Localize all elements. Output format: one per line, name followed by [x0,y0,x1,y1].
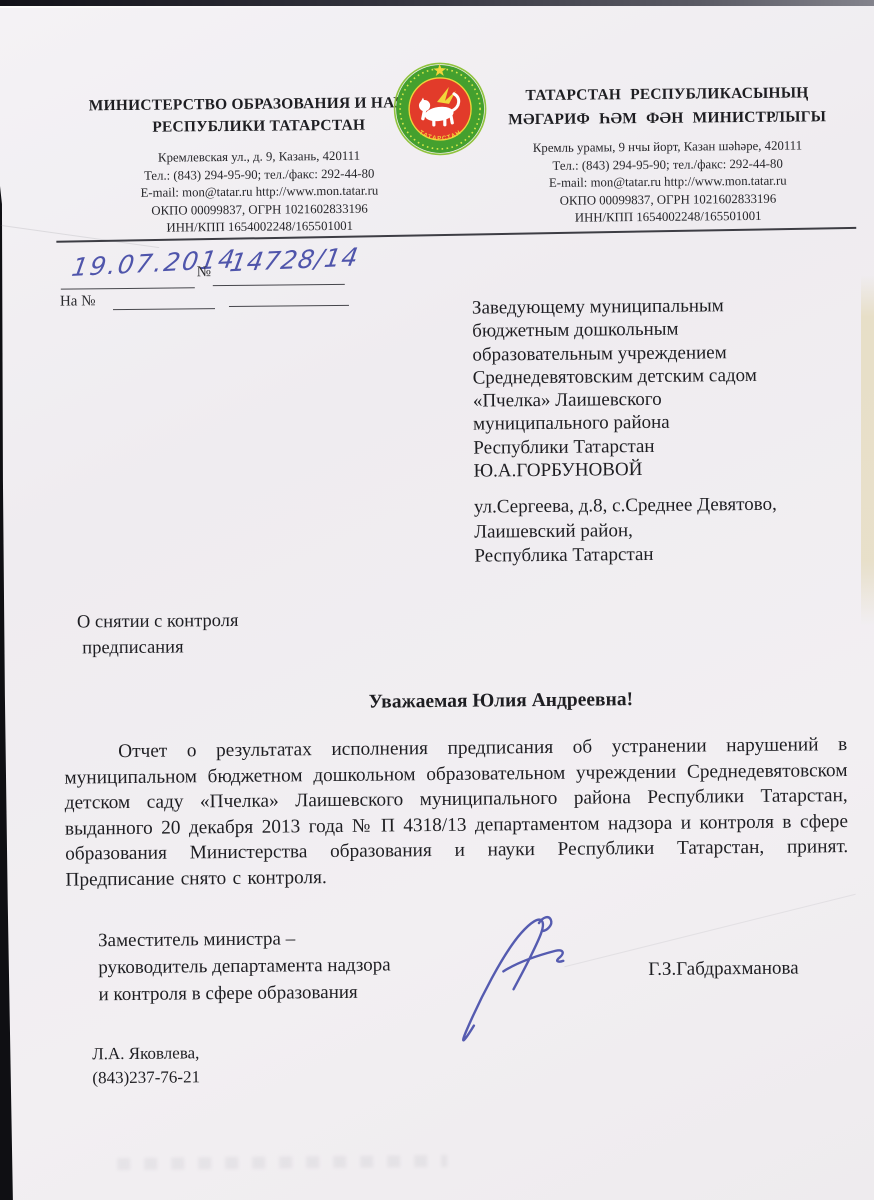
addressee-line: образовательным учреждением [472,340,842,367]
signer-name: Г.З.Габдрахманова [648,958,798,981]
tatarstan-emblem: ТАТАРСТАН [393,59,488,158]
postal-address-line: Лаишевский район, [474,516,859,544]
addressee-line: «Пчелка» Лаишевского [473,386,843,413]
bleed-through-artifact [117,1155,447,1170]
executor-name: Л.А. Яковлева, [92,1041,200,1066]
ministry-details-tt: Кремль урамы, 9 нчы йорт, Казан шәһәре, … [478,137,857,228]
inn-kpp-line: ИНН/КПП 1654002248/165501001 [479,207,857,228]
addressee-line: муниципального района [473,410,843,437]
ministry-details-ru: Кремлевская ул., д. 9, Казань, 420111 Те… [55,147,463,238]
signer-position-line: и контроля в сфере образования [98,978,391,1008]
number-underline [213,284,345,286]
signer-position: Заместитель министра – руководитель депа… [98,924,391,1008]
addressee-name: Ю.А.ГОРБУНОВОЙ [473,456,843,483]
letterhead-tatar: ТАТАРСТАН РЕСПУБЛИКАСЫНЫҢ МӘГАРИФ ҺӘМ ФӘ… [478,81,857,228]
postal-address-line: ул.Сергеева, д.8, с.Среднее Девятово, [474,492,859,520]
handwritten-date: 19.07.2014 [70,244,239,282]
reply-date-underline [113,308,215,310]
addressee-line: Республики Татарстан [473,433,843,460]
subject-block: О снятии с контроля предписания [77,609,239,662]
number-sign-label: № [197,264,211,281]
letter-content: МИНИСТЕРСТВО ОБРАЗОВАНИЯ И НАУКИ РЕСПУБЛ… [0,0,874,1200]
address-line: Кремль урамы, 9 нчы йорт, Казан шәһәре, … [478,137,856,158]
scanned-letter-page: МИНИСТЕРСТВО ОБРАЗОВАНИЯ И НАУКИ РЕСПУБЛ… [0,0,874,1200]
reply-number-underline [229,305,349,307]
ministry-name-tt-line1: ТАТАРСТАН РЕСПУБЛИКАСЫНЫҢ [478,81,856,109]
executor-block: Л.А. Яковлева, (843)237-76-21 [92,1041,200,1089]
addressee-postal-address: ул.Сергеева, д.8, с.Среднее Девятово, Ла… [474,492,860,569]
subject-line: предписания [77,634,239,661]
handwritten-signature [451,906,607,1047]
date-underline [61,287,195,289]
executor-phone: (843)237-76-21 [92,1065,200,1090]
reply-to-label: На № [60,293,96,310]
salutation: Уважаемая Юлия Андреевна! [131,687,871,716]
subject-line: О снятии с контроля [77,609,239,636]
signer-position-line: руководитель департамента надзора [98,951,391,981]
postal-address-line: Республика Татарстан [474,541,859,569]
addressee-line: бюджетным дошкольным [472,316,842,343]
letter-body: Отчет о результатах исполнения предписан… [64,732,848,893]
addressee-line: Среднедевятовским детским садом [473,363,843,390]
signer-position-line: Заместитель министра – [98,924,391,954]
ministry-name-tt-line2: МӘГАРИФ ҺӘМ ФӘН МИНИСТРЛЫГЫ [478,105,856,133]
ministry-name-tt: ТАТАРСТАН РЕСПУБЛИКАСЫНЫҢ МӘГАРИФ ҺӘМ ФӘ… [478,81,856,133]
handwritten-outgoing-number: 14728/14 [228,242,361,277]
addressee-line: Заведующему муниципальным [472,293,842,320]
addressee-block: Заведующему муниципальным бюджетным дошк… [472,293,844,483]
